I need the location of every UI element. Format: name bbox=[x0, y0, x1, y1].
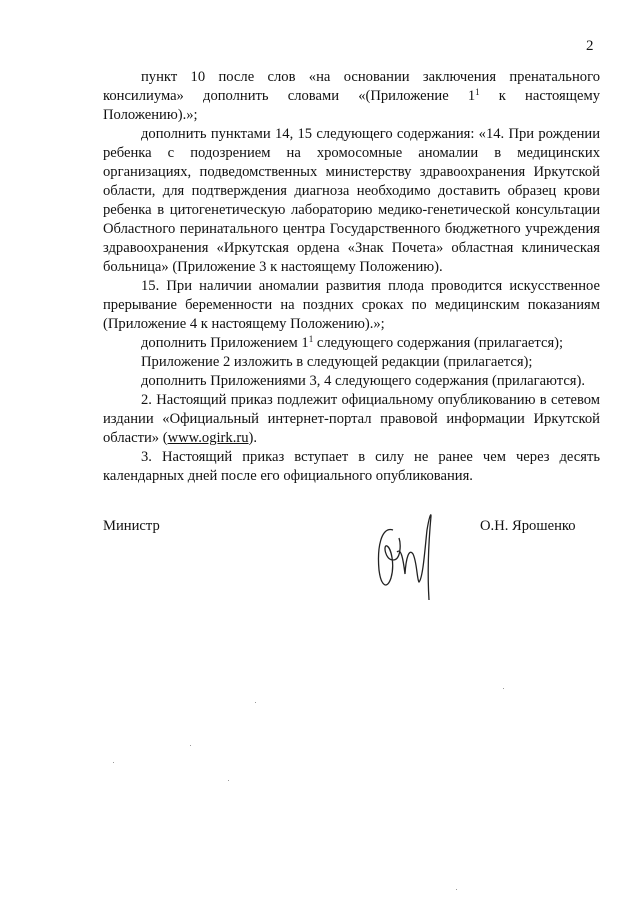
document-body: пункт 10 после слов «на основании заключ… bbox=[103, 68, 600, 486]
paragraph-effective-date: 3. Настоящий приказ вступает в силу не р… bbox=[103, 448, 600, 486]
paragraph-publication: 2. Настоящий приказ подлежит официальном… bbox=[103, 391, 600, 448]
paragraph-add-appendix-1-1: дополнить Приложением 11 следующего соде… bbox=[103, 334, 600, 353]
scan-speck bbox=[228, 780, 229, 781]
signer-title: Министр bbox=[103, 518, 160, 535]
signer-name: О.Н. Ярошенко bbox=[480, 518, 576, 535]
scan-speck bbox=[113, 762, 114, 763]
scan-speck bbox=[456, 889, 457, 890]
paragraph-appendix-2: Приложение 2 изложить в следующей редакц… bbox=[103, 353, 600, 372]
paragraph-add-points-14-15: дополнить пунктами 14, 15 следующего сод… bbox=[103, 125, 600, 277]
paragraph-point-15: 15. При наличии аномалии развития плода … bbox=[103, 277, 600, 334]
paragraph-text-tail: следующего содержания (прилагается); bbox=[313, 335, 563, 351]
handwritten-signature-icon bbox=[371, 508, 451, 608]
scan-speck bbox=[503, 688, 504, 689]
page-number: 2 bbox=[586, 38, 594, 55]
scan-speck bbox=[255, 702, 256, 703]
paragraph-text-tail: ). bbox=[249, 430, 258, 446]
portal-link[interactable]: www.ogirk.ru bbox=[168, 430, 249, 446]
scan-speck bbox=[190, 745, 191, 746]
paragraph-text: дополнить Приложением 1 bbox=[141, 335, 309, 351]
paragraph-amend-point-10: пункт 10 после слов «на основании заключ… bbox=[103, 68, 600, 125]
paragraph-add-appendices-3-4: дополнить Приложениями 3, 4 следующего с… bbox=[103, 372, 600, 391]
